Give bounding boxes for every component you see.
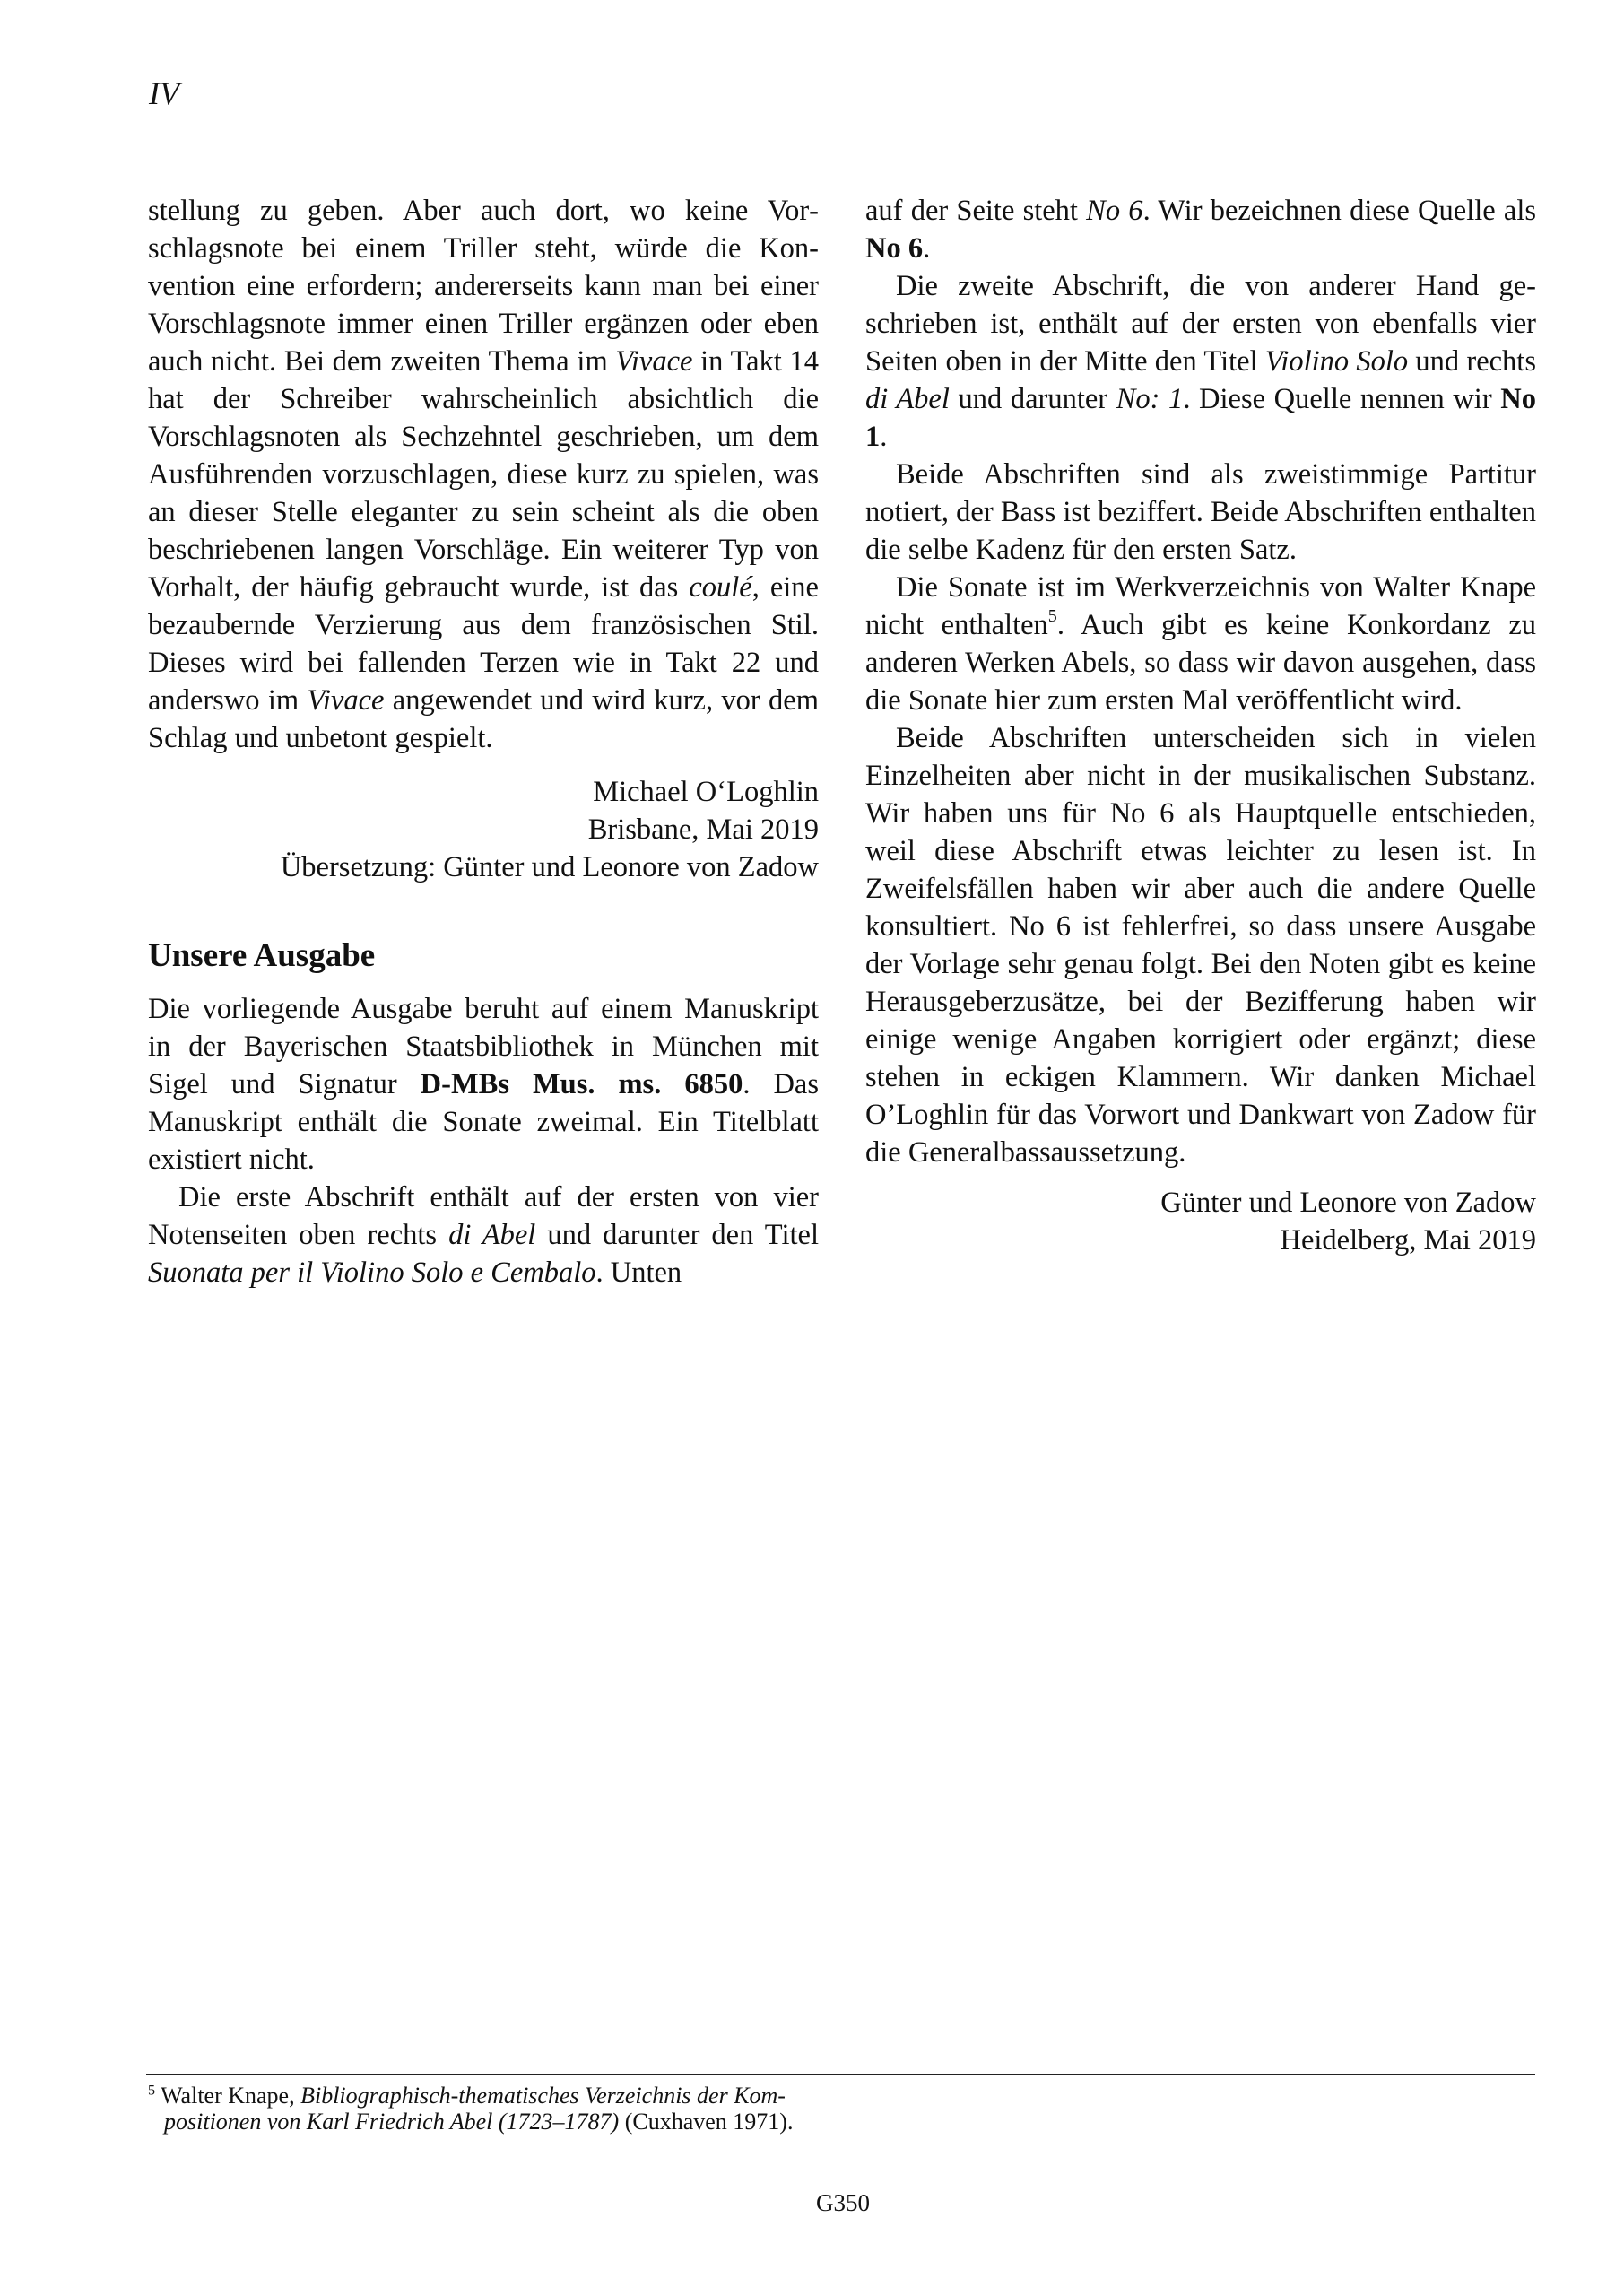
edition-paragraph-score: Beide Abschriften sind als zweistimmige … (865, 456, 1536, 569)
running-head-page-numeral: IV (149, 75, 179, 111)
italic-title: Suonata per il Violino Solo e Cembalo (148, 1257, 596, 1289)
edition-paragraph-second-copy: Die zweite Abschrift, die von anderer Ha… (865, 267, 1536, 456)
italic-term-vivace: Vivace (615, 345, 692, 378)
page-number: G350 (789, 2188, 897, 2217)
italic-term-vivace: Vivace (307, 684, 384, 717)
text-run: in Takt 14 hat der Schreiber wahrscheinl… (148, 345, 819, 604)
footnote-publication: (Cuxhaven 1971). (619, 2109, 793, 2135)
right-column: auf der Seite steht No 6. Wir bezeichnen… (865, 192, 1536, 1259)
signature-translation: Übersetzung: Günter und Leonore von Zado… (148, 848, 819, 886)
text-run: und darunter (950, 383, 1116, 415)
italic-term: No: 1 (1116, 383, 1184, 415)
italic-term: di Abel (448, 1219, 535, 1251)
bold-source-label: No 6 (865, 232, 923, 265)
text-run: . Diese Quelle nennen wir (1183, 383, 1500, 415)
text-run: und darunter den Titel (535, 1219, 819, 1251)
italic-term: No 6 (1086, 195, 1142, 227)
signature-place-date: Brisbane, Mai 2019 (148, 811, 819, 848)
edition-paragraph-differences: Beide Abschriften unterscheiden sich in … (865, 719, 1536, 1171)
footnote-title-line1: Bibliographisch-thematisches Verzeichnis… (300, 2083, 786, 2109)
signature-author: Michael O‘Loghlin (148, 773, 819, 811)
edition-paragraph-no6: auf der Seite steht No 6. Wir bezeichnen… (865, 192, 1536, 267)
footnote-5: 5 Walter Knape, Bibliographisch-thematis… (148, 2083, 829, 2135)
text-run: auf der Seite steht (865, 195, 1086, 227)
italic-title: Violino Solo (1265, 345, 1408, 378)
text-run: . Unten (596, 1257, 682, 1289)
signature-place-date: Heidelberg, Mai 2019 (865, 1222, 1536, 1259)
text-run: und rechts (1408, 345, 1536, 378)
preface-paragraph-continued: stellung zu geben. Aber auch dort, wo ke… (148, 192, 819, 757)
italic-term-coule: coulé (689, 571, 751, 604)
footnote-author: Walter Knape, (161, 2083, 300, 2109)
edition-signature: Günter und Leonore von Zadow Heidelberg,… (865, 1184, 1536, 1259)
footnote-number: 5 (148, 2083, 155, 2098)
footnote-divider (146, 2074, 1535, 2075)
text-run: . (880, 421, 887, 453)
section-heading: Unsere Ausgabe (148, 936, 819, 976)
text-run: . (923, 232, 930, 265)
footnote-reference[interactable]: 5 (1048, 606, 1057, 626)
footnote-title-line2: positionen von Karl Friedrich Abel (1723… (164, 2109, 619, 2135)
edition-paragraph-source: Die vorliegende Ausgabe beruht auf einem… (148, 990, 819, 1178)
edition-paragraph-first-copy: Die erste Abschrift enthält auf der erst… (148, 1178, 819, 1291)
text-run: . Wir bezeichnen diese Quelle als (1143, 195, 1536, 227)
signature-authors: Günter und Leonore von Zadow (865, 1184, 1536, 1222)
preface-signature: Michael O‘Loghlin Brisbane, Mai 2019 Übe… (148, 773, 819, 886)
bold-shelfmark: D-MBs Mus. ms. 6850 (421, 1068, 743, 1100)
edition-paragraph-catalogue: Die Sonate ist im Werkverzeichnis von Wa… (865, 569, 1536, 719)
left-column: stellung zu geben. Aber auch dort, wo ke… (148, 192, 819, 1291)
italic-term: di Abel (865, 383, 950, 415)
